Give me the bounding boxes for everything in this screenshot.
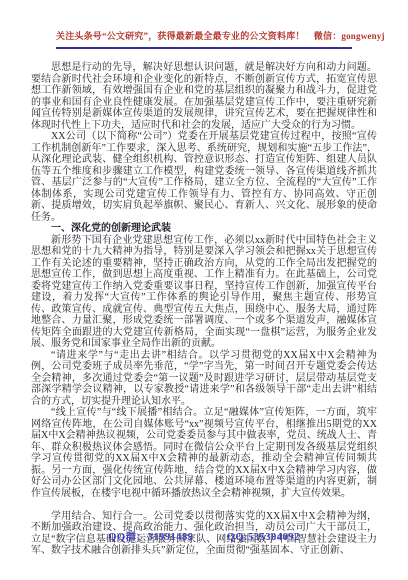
paragraph-invite-learning: “请进来学”与“走出去讲”相结合。以学习贯彻党的XX届X中X会精神为例，公司党委…: [31, 350, 377, 408]
qq-account-number: QQ:535304092: [227, 532, 300, 543]
qq-group-number: QQ群：31991489: [108, 532, 193, 543]
document-page: 关注头条号“公文研究”，获得最新最全最专业的公文资料库！ 微信：gongweny…: [0, 0, 408, 580]
promo-banner: 关注头条号“公文研究”，获得最新最全最专业的公文资料库！ 微信：gongweny…: [56, 26, 352, 49]
paragraph-theory: 新形势下国有企业党建思想宣传工作，必须以xx新时代中国特色社会主义思想和党的十九…: [31, 235, 377, 350]
section-heading: 一、深化党的创新理论武装: [31, 223, 377, 235]
paragraph-company-overview: XX公司（以下简称“公司”）党委在开展基层党建宣传过程中，按照“宣传工作机制创新…: [31, 131, 377, 223]
paragraph-intro: 思想是行动的先导，解决好思想认识问题，就是解决好方向和动力问题。要结合新时代社会…: [31, 62, 377, 131]
promo-banner-text: 关注头条号“公文研究”，获得最新最全最专业的公文资料库！ 微信：gongweny…: [56, 31, 385, 41]
paragraph-online-offline: “线上宣传”与“线下展播”相结合。立足“融媒体”宣传矩阵，一方面，筑牢网络宣传阵…: [31, 407, 377, 499]
document-body: 思想是行动的先导，解决好思想认识问题，就是解决好方向和动力问题。要结合新时代社会…: [31, 62, 377, 557]
contact-footer: QQ群：31991489 QQ:535304092: [0, 529, 408, 544]
